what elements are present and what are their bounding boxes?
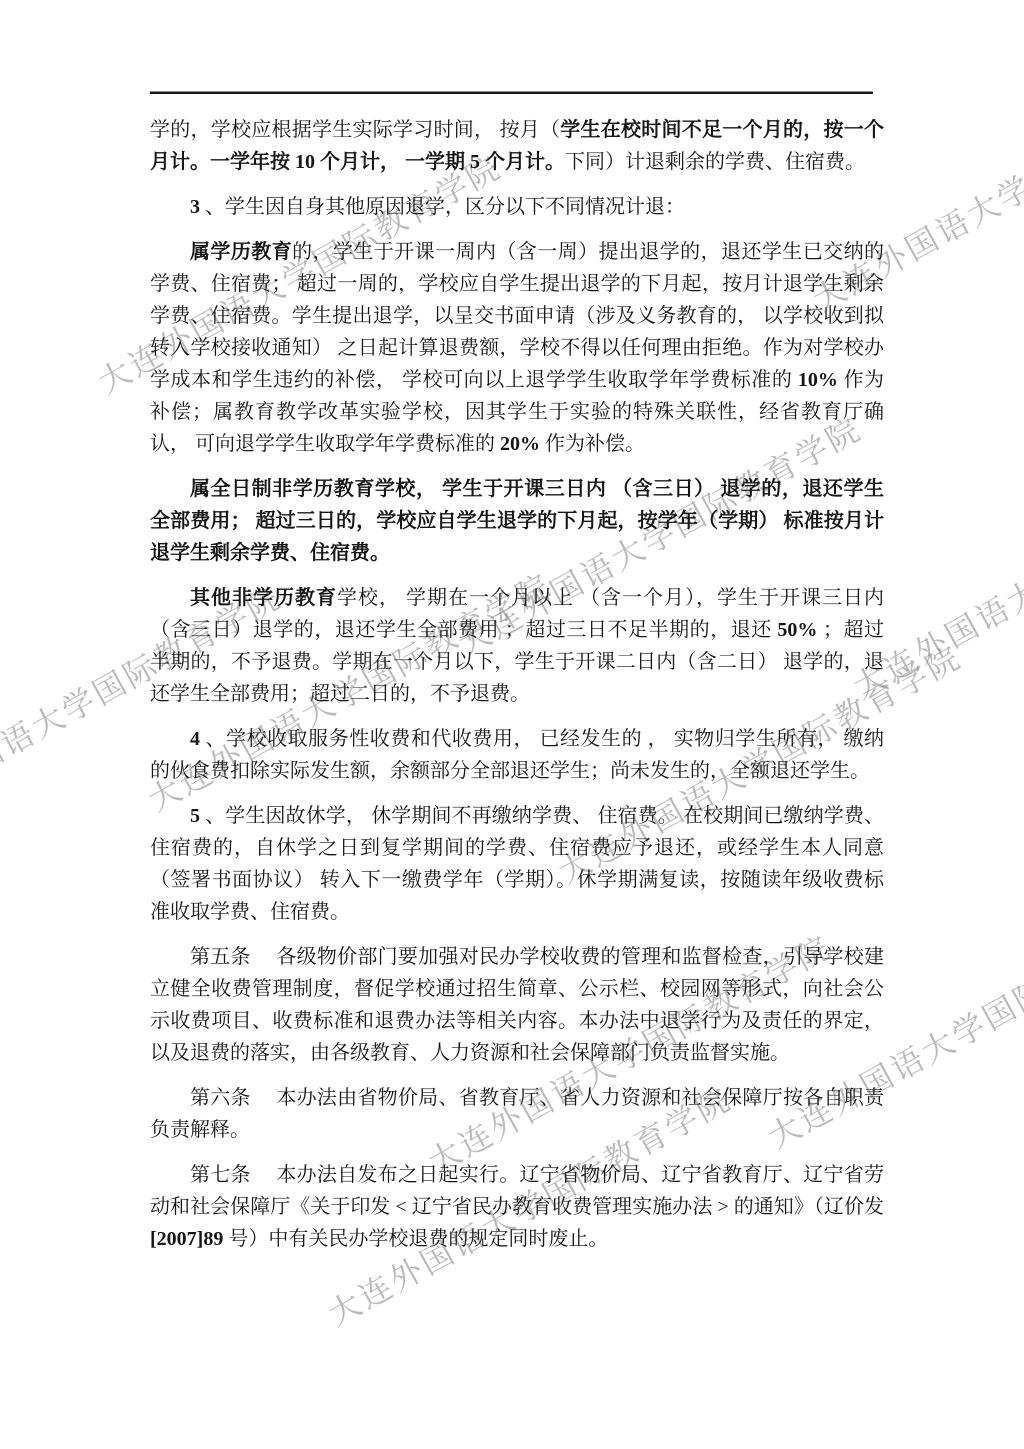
header-rule bbox=[150, 91, 873, 94]
text-segment: 50% bbox=[777, 619, 817, 641]
text-segment: [2007]89 bbox=[150, 1228, 223, 1250]
text-segment: 其他非学历教育 bbox=[190, 587, 337, 609]
text-segment: 10% bbox=[798, 369, 838, 391]
text-segment: 属学历教育 bbox=[190, 241, 292, 263]
paragraph: 5 、学生因故休学， 休学期间不再缴纳学费、 住宿费。 在校期间已缴纳学费、住宿… bbox=[150, 800, 884, 928]
paragraph: 第七条 本办法自发布之日起实行。辽宁省物价局、辽宁省教育厅、辽宁省劳动和社会保障… bbox=[150, 1159, 884, 1255]
paragraph: 第五条 各级物价部门要加强对民办学校收费的管理和监督检查，引导学校建立健全收费管… bbox=[150, 941, 884, 1069]
text-segment: 3 bbox=[190, 196, 200, 218]
document-body-text: 学的，学校应根据学生实际学习时间， 按月（学生在校时间不足一个月的，按一个月计。… bbox=[150, 114, 884, 1268]
text-segment: 号）中有关民办学校退费的规定同时废止。 bbox=[223, 1228, 608, 1250]
text-segment: 属全日制非学历教育学校， 学生于开课三日内 （含三日） 退学的，退还学生全部费用… bbox=[150, 478, 884, 564]
paragraph: 属全日制非学历教育学校， 学生于开课三日内 （含三日） 退学的，退还学生全部费用… bbox=[150, 473, 884, 569]
paragraph: 3 、学生因自身其他原因退学，区分以下不同情况计退： bbox=[150, 191, 884, 223]
text-segment: 作为补偿。 bbox=[540, 433, 645, 455]
text-segment: 第七条 本办法自发布之日起实行。辽宁省物价局、辽宁省教育厅、辽宁省劳动和社会保障… bbox=[150, 1164, 884, 1218]
paragraph: 第六条 本办法由省物价局、省教育厅、省人力资源和社会保障厅按各自职责负责解释。 bbox=[150, 1082, 884, 1146]
text-segment: 、学生因自身其他原因退学，区分以下不同情况计退： bbox=[200, 196, 685, 218]
document-page: 大连外国语大学国际教育学院大连外国语大学国际教育学院大连外国语大学国际教育学院大… bbox=[0, 0, 1024, 1449]
paragraph: 4 、学校收取服务性收费和代收费用， 已经发生的 ， 实物归学生所有， 缴纳的伙… bbox=[150, 723, 884, 787]
paragraph: 其他非学历教育学校， 学期在一个月以上 （含一个月），学生于开课三日内（含三日）… bbox=[150, 582, 884, 710]
text-segment: 20% bbox=[500, 433, 540, 455]
paragraph: 属学历教育的，学生于开课一周内（含一周）提出退学的，退还学生已交纳的学费、住宿费… bbox=[150, 236, 884, 460]
text-segment: 、学生因故休学， 休学期间不再缴纳学费、 住宿费。 在校期间已缴纳学费、住宿费的… bbox=[150, 805, 884, 923]
header-rule-thick-line bbox=[150, 92, 873, 94]
text-segment: 下同）计退剩余的学费、住宿费。 bbox=[565, 151, 865, 173]
text-segment: 4 bbox=[190, 728, 200, 750]
paragraph: 学的，学校应根据学生实际学习时间， 按月（学生在校时间不足一个月的，按一个月计。… bbox=[150, 114, 884, 178]
text-segment: 学的，学校应根据学生实际学习时间， 按月（ bbox=[150, 119, 560, 141]
text-segment: 5 bbox=[190, 805, 200, 827]
text-segment: 的，学生于开课一周内（含一周）提出退学的，退还学生已交纳的学费、住宿费； 超过一… bbox=[150, 241, 884, 391]
text-segment: 、学校收取服务性收费和代收费用， 已经发生的 ， 实物归学生所有， 缴纳的伙食费… bbox=[150, 728, 884, 782]
text-segment: 第六条 本办法由省物价局、省教育厅、省人力资源和社会保障厅按各自职责负责解释。 bbox=[150, 1087, 884, 1141]
text-segment: 第五条 各级物价部门要加强对民办学校收费的管理和监督检查，引导学校建立健全收费管… bbox=[150, 946, 884, 1064]
